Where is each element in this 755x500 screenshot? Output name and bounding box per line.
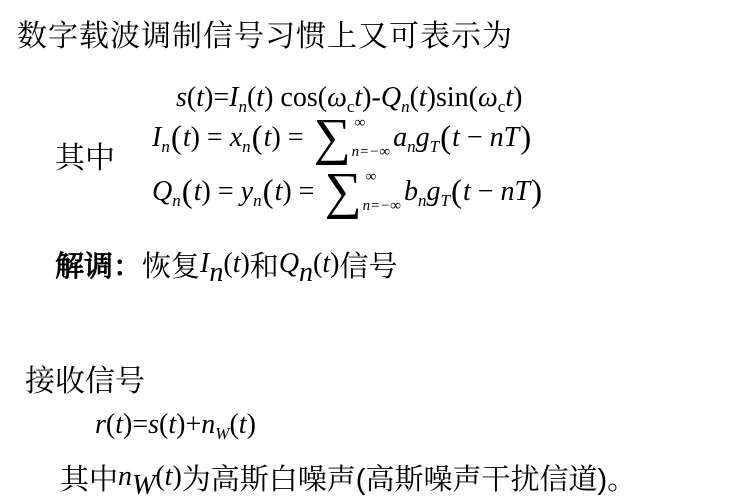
- math-token: Q: [152, 176, 172, 208]
- math-token: t: [264, 122, 272, 154]
- math-token: x: [230, 122, 242, 154]
- math-token: s: [148, 409, 159, 441]
- math-subscript: n: [253, 191, 262, 211]
- math-token: ) =: [202, 176, 241, 208]
- math-subscript: n: [407, 137, 416, 157]
- math-subscript: T: [430, 137, 439, 157]
- math-token: )-: [362, 82, 381, 114]
- math-token: I: [200, 248, 209, 280]
- slide-page: 数字载波调制信号习惯上又可表示为 s(t)=In(t) cos(ωct)-Qn(…: [0, 0, 755, 500]
- math-token: ): [247, 409, 256, 441]
- math-token: ): [330, 248, 339, 280]
- math-token: t: [256, 82, 264, 114]
- formula-qn: Qn(t) = yn(t) = ∑ ∞ n=−∞ bngT(t − nT): [152, 166, 543, 218]
- math-token: )=: [123, 409, 148, 441]
- math-token: ): [513, 82, 522, 114]
- math-token: ): [172, 461, 181, 493]
- where-label: 其中: [55, 133, 115, 177]
- math-token: y: [241, 176, 253, 208]
- math-paren: ): [520, 120, 531, 157]
- math-token: n: [118, 461, 132, 493]
- math-token: )=: [204, 82, 229, 114]
- math-token: (: [106, 409, 115, 441]
- math-subscript: n: [242, 137, 251, 157]
- math-token: t: [183, 122, 191, 154]
- math-token: (: [229, 409, 238, 441]
- math-paren: (: [440, 120, 451, 157]
- summation-limits: ∞ n=−∞: [363, 170, 401, 214]
- math-token: t: [233, 248, 241, 280]
- upper-limit: ∞: [363, 170, 401, 185]
- math-paren: (: [252, 120, 263, 157]
- math-token: t: [239, 409, 247, 441]
- math-token: T: [504, 122, 520, 154]
- math-token: ): [240, 248, 249, 280]
- text-token: 和: [250, 244, 279, 285]
- text-token: 恢复: [142, 244, 200, 285]
- math-subscript: n: [299, 257, 313, 289]
- math-token: )sin(: [427, 82, 478, 114]
- math-token: t: [115, 409, 123, 441]
- upper-limit: ∞: [352, 116, 390, 131]
- text-token: 信号: [339, 244, 397, 285]
- math-token: ω: [478, 82, 498, 114]
- math-token: (: [159, 409, 168, 441]
- math-token: t: [196, 82, 204, 114]
- page-title: 数字载波调制信号习惯上又可表示为: [17, 11, 513, 55]
- sigma-icon: ∑: [324, 171, 361, 213]
- math-subscript: n: [209, 257, 223, 289]
- summation-symbol: ∑ ∞ n=−∞: [314, 116, 391, 160]
- math-token: I: [229, 82, 238, 114]
- math-subscript: T: [441, 191, 450, 211]
- math-token: ) =: [271, 122, 310, 154]
- math-token: t: [354, 82, 362, 114]
- math-token: t: [275, 176, 283, 208]
- lower-limit: n=−∞: [363, 199, 401, 214]
- math-token: n: [201, 409, 215, 441]
- math-subscript: W: [215, 424, 229, 444]
- math-token: I: [152, 122, 161, 154]
- demodulation-line: 解调：恢复In(t)和Qn(t)信号: [55, 245, 398, 283]
- math-token: (: [223, 248, 232, 280]
- math-token: r: [95, 409, 106, 441]
- noise-note: 其中nW(t)为高斯白噪声(高斯噪声干扰信道)。: [60, 458, 636, 496]
- math-token: t: [419, 82, 427, 114]
- math-token: n: [501, 176, 515, 208]
- math-token: (: [155, 461, 164, 493]
- math-token: )+: [176, 409, 201, 441]
- demodulation-label: 解调：: [55, 244, 142, 285]
- text-token: 其中: [60, 457, 118, 498]
- math-token: n: [490, 122, 504, 154]
- math-token: −: [471, 176, 501, 208]
- math-token: ) =: [191, 122, 230, 154]
- math-token: −: [460, 122, 490, 154]
- received-signal-heading: 接收信号: [25, 356, 145, 400]
- math-token: t: [505, 82, 513, 114]
- math-token: b: [404, 176, 418, 208]
- math-paren: (: [182, 174, 193, 211]
- math-token: (: [187, 82, 196, 114]
- math-token: Q: [279, 248, 299, 280]
- sigma-icon: ∑: [314, 117, 351, 159]
- math-paren: ): [531, 174, 542, 211]
- math-token: g: [416, 122, 430, 154]
- math-token: ) =: [282, 176, 321, 208]
- math-token: (: [410, 82, 419, 114]
- math-subscript: n: [161, 137, 170, 157]
- math-subscript: W: [132, 470, 155, 500]
- math-token: t: [463, 176, 471, 208]
- math-subscript: n: [172, 191, 181, 211]
- summation-symbol: ∑ ∞ n=−∞: [324, 170, 401, 214]
- math-token: t: [194, 176, 202, 208]
- math-token: s: [176, 82, 187, 114]
- math-subscript: n: [418, 191, 427, 211]
- math-token: t: [322, 248, 330, 280]
- lower-limit: n=−∞: [352, 145, 390, 160]
- math-token: (: [313, 248, 322, 280]
- formula-rt: r(t)=s(t)+nW(t): [95, 407, 256, 443]
- math-token: t: [165, 461, 173, 493]
- text-token: 为高斯白噪声(高斯噪声干扰信道)。: [182, 457, 636, 498]
- math-token: g: [427, 176, 441, 208]
- math-token: T: [515, 176, 531, 208]
- math-paren: (: [171, 120, 182, 157]
- math-paren: (: [451, 174, 462, 211]
- math-token: Q: [381, 82, 401, 114]
- math-token: (: [247, 82, 256, 114]
- summation-limits: ∞ n=−∞: [352, 116, 390, 160]
- formula-in: In(t) = xn(t) = ∑ ∞ n=−∞ angT(t − nT): [152, 112, 532, 164]
- math-paren: (: [263, 174, 274, 211]
- math-token: t: [168, 409, 176, 441]
- math-token: a: [393, 122, 407, 154]
- math-token: t: [452, 122, 460, 154]
